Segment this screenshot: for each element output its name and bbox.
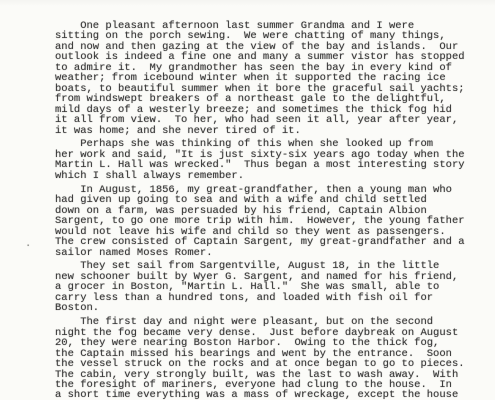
paragraph-1: One pleasant afternoon last summer Grand… xyxy=(55,21,467,136)
paragraph-3: In August, 1856, my great-grandfather, t… xyxy=(55,185,467,258)
paragraph-4: They set sail from Sargentville, August … xyxy=(55,261,467,313)
page: One pleasant afternoon last summer Grand… xyxy=(0,0,495,400)
paragraph-2: Perhaps she was thinking of this when sh… xyxy=(55,139,467,181)
margin-speck: . xyxy=(25,239,31,249)
paragraph-5: The first day and night were pleasant, b… xyxy=(55,317,467,400)
